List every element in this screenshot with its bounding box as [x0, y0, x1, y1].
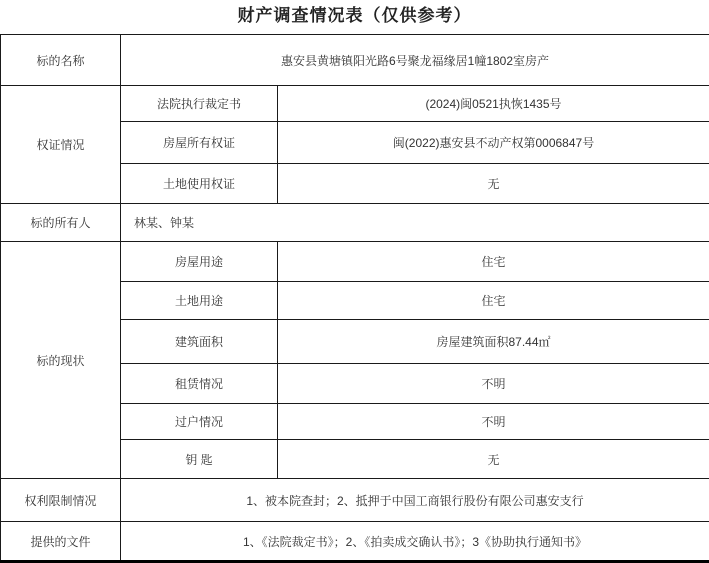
form-title: 财产调查情况表（仅供参考）	[0, 0, 709, 34]
provided-documents-label: 提供的文件	[1, 522, 121, 562]
court-ruling-label: 法院执行裁定书	[121, 86, 278, 122]
row-provided-documents: 提供的文件 1、《法院裁定书》；2、《拍卖成交确认书》；3《协助执行通知书》	[1, 522, 709, 562]
lease-status-value: 不明	[278, 364, 709, 404]
status-group-label: 标的现状	[1, 242, 121, 479]
rights-restrictions-label: 权利限制情况	[1, 479, 121, 522]
land-use-cert-label: 土地使用权证	[121, 164, 278, 204]
building-area-value: 房屋建筑面积87.44㎡	[278, 320, 709, 364]
house-ownership-cert-value: 闽(2022)惠安县不动产权第0006847号	[278, 122, 709, 164]
provided-documents-value: 1、《法院裁定书》；2、《拍卖成交确认书》；3《协助执行通知书》	[121, 522, 709, 562]
subject-name-value: 惠安县黄塘镇阳光路6号聚龙福缘居1幢1802室房产	[121, 35, 709, 86]
row-subject-name: 标的名称 惠安县黄塘镇阳光路6号聚龙福缘居1幢1802室房产	[1, 35, 709, 86]
row-owner: 标的所有人 林某、钟某	[1, 204, 709, 242]
house-usage-label: 房屋用途	[121, 242, 278, 282]
subject-name-label: 标的名称	[1, 35, 121, 86]
court-ruling-value: (2024)闽0521执恢1435号	[278, 86, 709, 122]
row-house-usage: 标的现状 房屋用途 住宅	[1, 242, 709, 282]
lease-status-label: 租赁情况	[121, 364, 278, 404]
land-usage-label: 土地用途	[121, 282, 278, 320]
land-use-cert-value: 无	[278, 164, 709, 204]
house-usage-value: 住宅	[278, 242, 709, 282]
keys-label: 钥 匙	[121, 440, 278, 479]
owner-value: 林某、钟某	[121, 204, 709, 242]
certificates-group-label: 权证情况	[1, 86, 121, 204]
rights-restrictions-value: 1、被本院查封；2、抵押于中国工商银行股份有限公司惠安支行	[121, 479, 709, 522]
row-rights-restrictions: 权利限制情况 1、被本院查封；2、抵押于中国工商银行股份有限公司惠安支行	[1, 479, 709, 522]
transfer-status-label: 过户情况	[121, 404, 278, 440]
row-court-ruling: 权证情况 法院执行裁定书 (2024)闽0521执恢1435号	[1, 86, 709, 122]
house-ownership-cert-label: 房屋所有权证	[121, 122, 278, 164]
owner-label: 标的所有人	[1, 204, 121, 242]
land-usage-value: 住宅	[278, 282, 709, 320]
form-table: 标的名称 惠安县黄塘镇阳光路6号聚龙福缘居1幢1802室房产 权证情况 法院执行…	[0, 34, 709, 563]
property-investigation-form: 财产调查情况表（仅供参考） 标的名称 惠安县黄塘镇阳光路6号聚龙福缘居1幢180…	[0, 0, 709, 563]
building-area-label: 建筑面积	[121, 320, 278, 364]
transfer-status-value: 不明	[278, 404, 709, 440]
keys-value: 无	[278, 440, 709, 479]
